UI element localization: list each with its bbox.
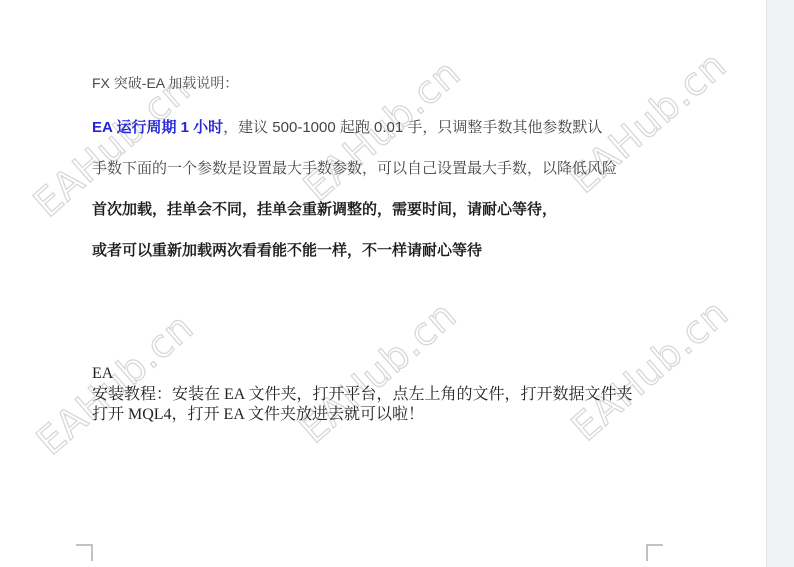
runtime-highlight-text: EA 运行周期 1 小时 (92, 119, 223, 136)
crop-mark-bottom-right (646, 544, 663, 561)
paragraph-runtime: EA 运行周期 1 小时，建议 500-1000 起跑 0.01 手，只调整手数… (92, 116, 602, 137)
install-line-ea: EA (92, 364, 632, 385)
install-line-tutorial: 安装教程：安装在 EA 文件夹，打开平台，点左上角的文件，打开数据文件夹 (92, 385, 632, 406)
install-line-mql4: 打开 MQL4，打开 EA 文件夹放进去就可以啦！ (92, 405, 632, 426)
crop-mark-bottom-left (76, 544, 93, 561)
document-page: EAHub.cn EAHub.cn EAHub.cn EAHub.cn EAHu… (0, 0, 766, 567)
runtime-rest-text: ，建议 500-1000 起跑 0.01 手，只调整手数其他参数默认 (223, 119, 602, 136)
paragraph-max-lots: 手数下面的一个参数是设置最大手数参数，可以自己设置最大手数，以降低风险 (92, 157, 617, 178)
paragraph-first-load: 首次加载，挂单会不同，挂单会重新调整的，需要时间，请耐心等待， (92, 198, 557, 219)
doc-heading: FX 突破-EA 加载说明： (92, 73, 238, 93)
paragraph-reload: 或者可以重新加载两次看看能不能一样，不一样请耐心等待 (92, 239, 482, 260)
install-instructions: EA 安装教程：安装在 EA 文件夹，打开平台，点左上角的文件，打开数据文件夹 … (92, 364, 632, 426)
page-canvas-gutter (766, 0, 794, 567)
